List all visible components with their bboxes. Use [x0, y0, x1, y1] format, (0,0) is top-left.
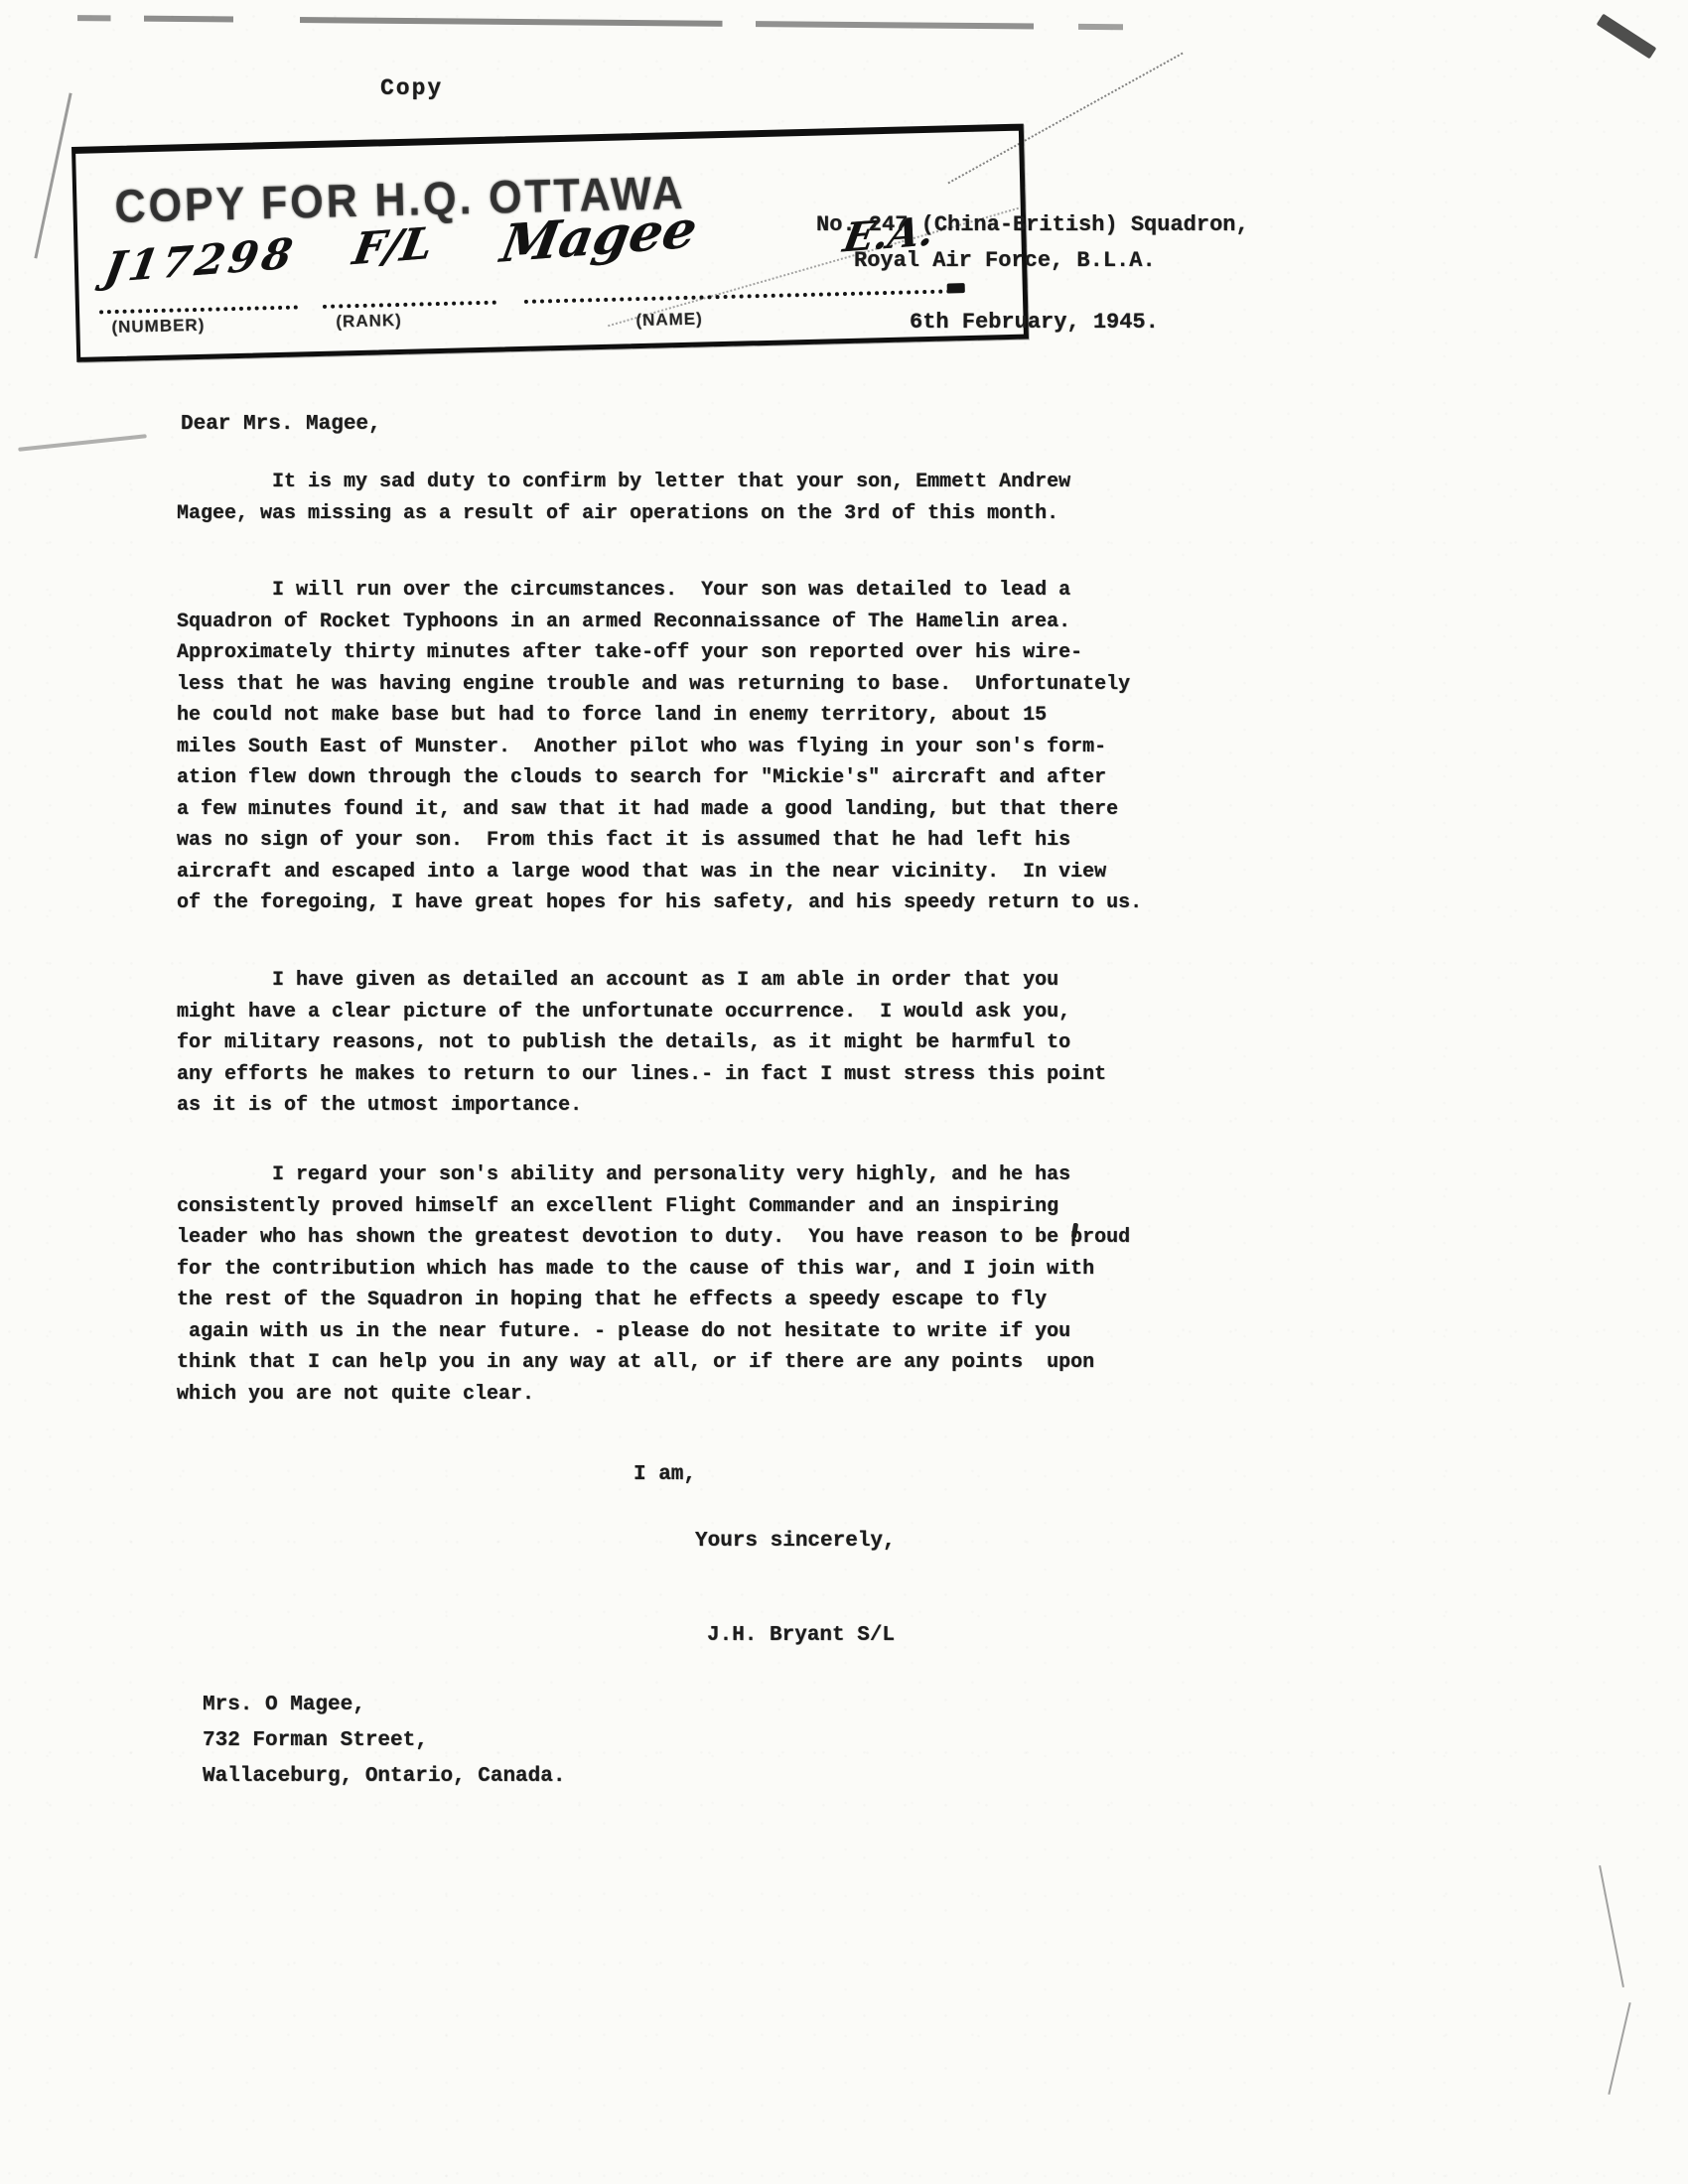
stamp-name-label: (NAME) [635, 310, 703, 332]
recipient-address-block: Mrs. O Magee, 732 Forman Street, Wallace… [203, 1688, 565, 1795]
stamp-rank-label: (RANK) [336, 311, 402, 333]
stamp-rank-handwritten: F/L [350, 218, 437, 275]
signature-line: J.H. Bryant S/L [707, 1624, 895, 1647]
paragraph-2: I will run over the circumstances. Your … [177, 575, 1219, 919]
stamp-name-dotted-line [524, 289, 951, 304]
closing-i-am: I am, [633, 1463, 696, 1486]
scan-mark-top-right [1597, 14, 1657, 60]
stamp-number-handwritten: J17298 [101, 228, 300, 292]
recipient-street: 732 Forman Street, [203, 1723, 565, 1759]
scan-crease-bottom-right-2 [1608, 2002, 1630, 2095]
stamp-number-label: (NUMBER) [111, 316, 205, 338]
letter-page: Copy COPY FOR H.Q. OTTAWA J17298 F/L Mag… [0, 0, 1688, 2184]
scan-crease-bottom-right-1 [1599, 1865, 1624, 1987]
salutation: Dear Mrs. Magee, [181, 413, 381, 436]
paragraph-1: It is my sad duty to confirm by letter t… [177, 467, 1219, 529]
closing-yours-sincerely: Yours sincerely, [695, 1530, 896, 1553]
scan-crease-top-edge [77, 15, 1190, 31]
scan-smudge-left-margin [18, 434, 147, 452]
hq-ottawa-stamp-box: COPY FOR H.Q. OTTAWA J17298 F/L Magee E.… [71, 124, 1029, 362]
recipient-city: Wallaceburg, Ontario, Canada. [203, 1759, 565, 1795]
letterhead-date: 6th February, 1945. [910, 310, 1159, 335]
paragraph-4: I regard your son's ability and personal… [177, 1160, 1219, 1410]
recipient-name: Mrs. O Magee, [203, 1688, 565, 1723]
letterhead-force-line: Royal Air Force, B.L.A. [854, 248, 1156, 273]
stamp-number-dotted-line [99, 305, 298, 314]
paragraph-3: I have given as detailed an account as I… [177, 965, 1219, 1122]
scan-fold-top-left [34, 93, 71, 259]
stamp-rank-dotted-line [323, 301, 496, 309]
letterhead-squadron-line: No. 247 (China-British) Squadron, [816, 212, 1249, 237]
copy-label: Copy [380, 75, 443, 101]
